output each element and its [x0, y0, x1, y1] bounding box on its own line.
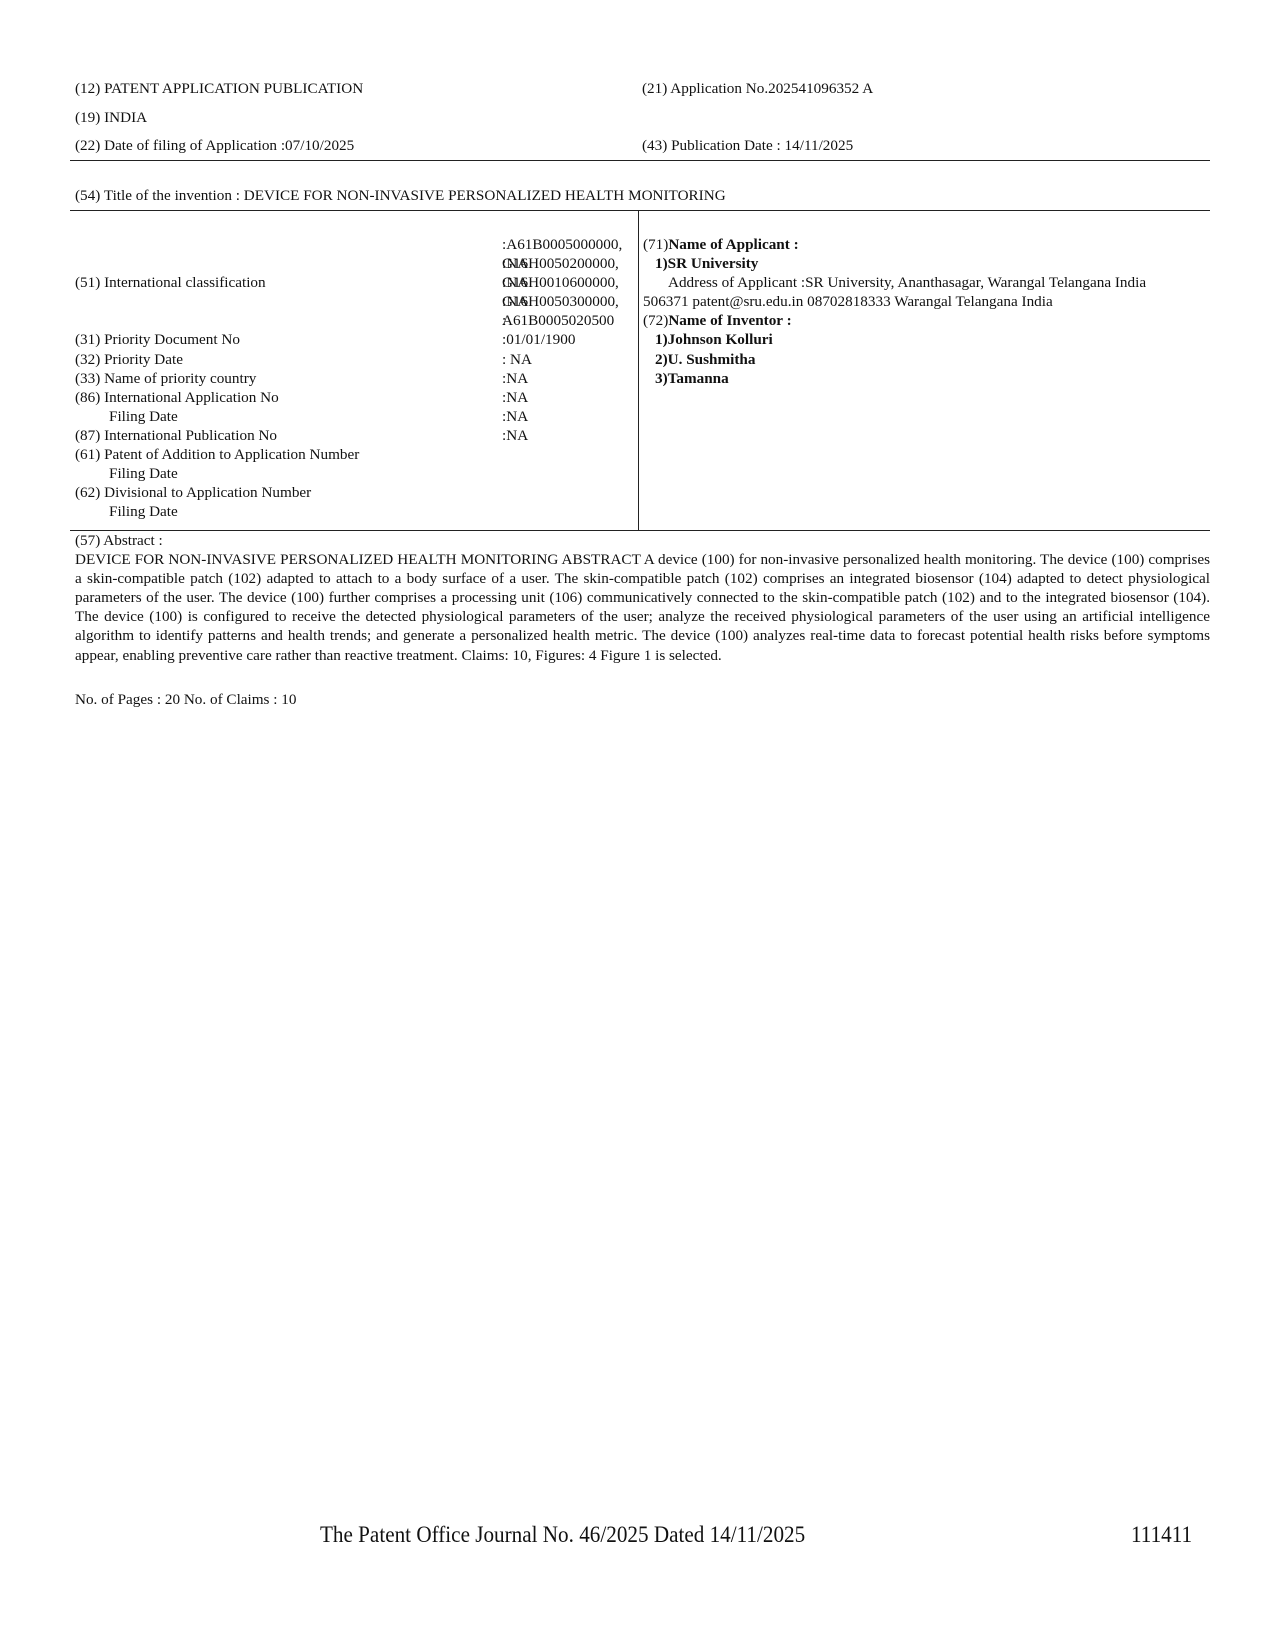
bibliographic-row-value: :NA: [502, 369, 622, 388]
bibliographic-row-label: Filing Date: [75, 464, 359, 483]
inventor-name: 2)U. Sushmitha: [643, 350, 1213, 369]
inventor-heading: (72)Name of Inventor :: [643, 311, 1213, 330]
classification-code: A61B0005020500: [502, 311, 622, 330]
classification-code: :A61B0005000000,: [502, 235, 622, 254]
inventor-name: 3)Tamanna: [643, 369, 1213, 388]
bibliographic-row-label: (32) Priority Date: [75, 350, 359, 369]
applicant-address-line1: Address of Applicant :SR University, Ana…: [643, 273, 1213, 292]
bibliographic-row-label: (31) Priority Document No: [75, 330, 359, 349]
applicant-inventor-section: (71)Name of Applicant : 1)SR University …: [643, 235, 1213, 388]
invention-title: (54) Title of the invention : DEVICE FOR…: [75, 186, 726, 205]
bibliographic-row-label: (62) Divisional to Application Number: [75, 483, 359, 502]
page-claim-counts: No. of Pages : 20 No. of Claims : 10: [75, 690, 296, 709]
bibliographic-labels: (51) International classification (31) P…: [75, 235, 359, 350]
page-number: 111411: [1131, 1520, 1192, 1550]
publication-type: (12) PATENT APPLICATION PUBLICATION: [75, 79, 363, 98]
applicant-name: 1)SR University: [643, 254, 1213, 273]
applicant-heading: (71)Name of Applicant :: [643, 235, 1213, 254]
bibliographic-row-label: (87) International Publication No: [75, 426, 359, 445]
classification-label: (51) International classification: [75, 273, 359, 292]
bibliographic-values: :A61B0005000000,G16H0050200000,G16H00106…: [502, 235, 622, 273]
applicant-address-line2: 506371 patent@sru.edu.in 08702818333 War…: [643, 292, 1213, 311]
title-divider: [70, 210, 1210, 211]
column-divider: [638, 211, 639, 531]
bibliographic-row-label: Filing Date: [75, 502, 359, 521]
abstract-text: DEVICE FOR NON-INVASIVE PERSONALIZED HEA…: [75, 550, 1210, 665]
bibliographic-row-value: :NA: [502, 426, 622, 445]
publication-date: (43) Publication Date : 14/11/2025: [642, 136, 853, 155]
bibliographic-row-value: :NA: [502, 407, 622, 426]
bibliographic-row-label: (61) Patent of Addition to Application N…: [75, 445, 359, 464]
abstract-section: (57) Abstract : DEVICE FOR NON-INVASIVE …: [75, 531, 1210, 665]
journal-footer: The Patent Office Journal No. 46/2025 Da…: [320, 1520, 805, 1550]
country: (19) INDIA: [75, 108, 147, 127]
bibliographic-row-value: :01/01/1900: [502, 330, 622, 349]
application-number: (21) Application No.202541096352 A: [642, 79, 873, 98]
inventor-name: 1)Johnson Kolluri: [643, 330, 1213, 349]
bibliographic-row-label: Filing Date: [75, 407, 359, 426]
bibliographic-row-label: (86) International Application No: [75, 388, 359, 407]
filing-date: (22) Date of filing of Application :07/1…: [75, 136, 354, 155]
abstract-label: (57) Abstract :: [75, 531, 1210, 550]
bibliographic-row-label: (33) Name of priority country: [75, 369, 359, 388]
bibliographic-row-value: :NA: [502, 388, 622, 407]
bibliographic-row-value: : NA: [502, 350, 622, 369]
header-divider: [70, 160, 1210, 161]
